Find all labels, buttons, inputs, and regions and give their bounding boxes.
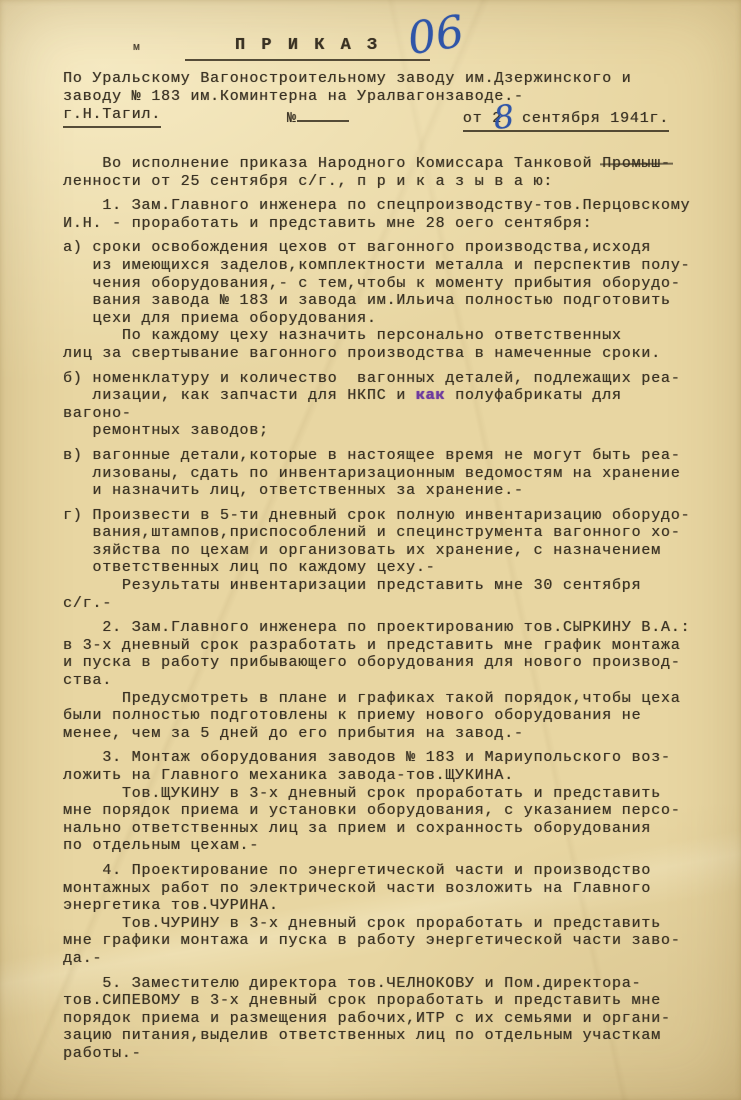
order-title: П Р И К А З <box>235 36 380 55</box>
document-page: м П Р И К А З 06 По Уральскому Вагоностр… <box>0 0 741 1100</box>
order-item-1a: а) сроки освобождения цехов от вагонного… <box>63 239 699 362</box>
order-body: Во исполнение приказа Народного Комиссар… <box>63 155 699 1070</box>
margin-mark: м <box>133 40 140 58</box>
place-number-date-row: г.Н.Тагил. № от 28 сентября 1941г. <box>0 106 741 132</box>
preamble-text-2: ленности от 25 сентября с/г., п р и к а … <box>63 173 553 190</box>
order-number-handwritten: 06 <box>405 10 467 62</box>
order-item-3: 3. Монтаж оборудования заводов № 183 и М… <box>63 749 699 855</box>
order-item-5: 5. Заместителю директора тов.ЧЕЛНОКОВУ и… <box>63 975 699 1063</box>
order-item-1b: б) номенклатуру и количество вагонных де… <box>63 370 699 440</box>
struck-word: Промыш- <box>602 155 671 172</box>
place-label: г.Н.Тагил. <box>63 106 161 128</box>
order-item-4: 4. Проектирование по энергетической част… <box>63 862 699 968</box>
date-label: от 28 сентября 1941г. <box>463 106 669 132</box>
order-item-1g: г) Произвести в 5-ти дневный срок полную… <box>63 507 699 613</box>
preamble: Во исполнение приказа Народного Комиссар… <box>63 155 699 190</box>
order-item-1v: в) вагонные детали,которые в настоящее в… <box>63 447 699 500</box>
date-suffix: сентября 1941г. <box>512 110 669 127</box>
number-blank-line <box>297 106 349 122</box>
addressee-lines: По Уральскому Вагоностроительному заводу… <box>63 70 683 105</box>
preamble-text-1: Во исполнение приказа Народного Комиссар… <box>63 155 602 172</box>
document-number-blank: № <box>287 106 349 128</box>
order-item-2: 2. Зам.Главного инженера по проектирован… <box>63 619 699 742</box>
ink-correction: как <box>416 387 445 404</box>
number-sign: № <box>287 110 297 127</box>
date-day-handwritten: 8 <box>493 111 515 123</box>
order-item-1: 1. Зам.Главного инженера по спецпроизвод… <box>63 197 699 232</box>
order-title-underline: П Р И К А З <box>185 36 430 61</box>
